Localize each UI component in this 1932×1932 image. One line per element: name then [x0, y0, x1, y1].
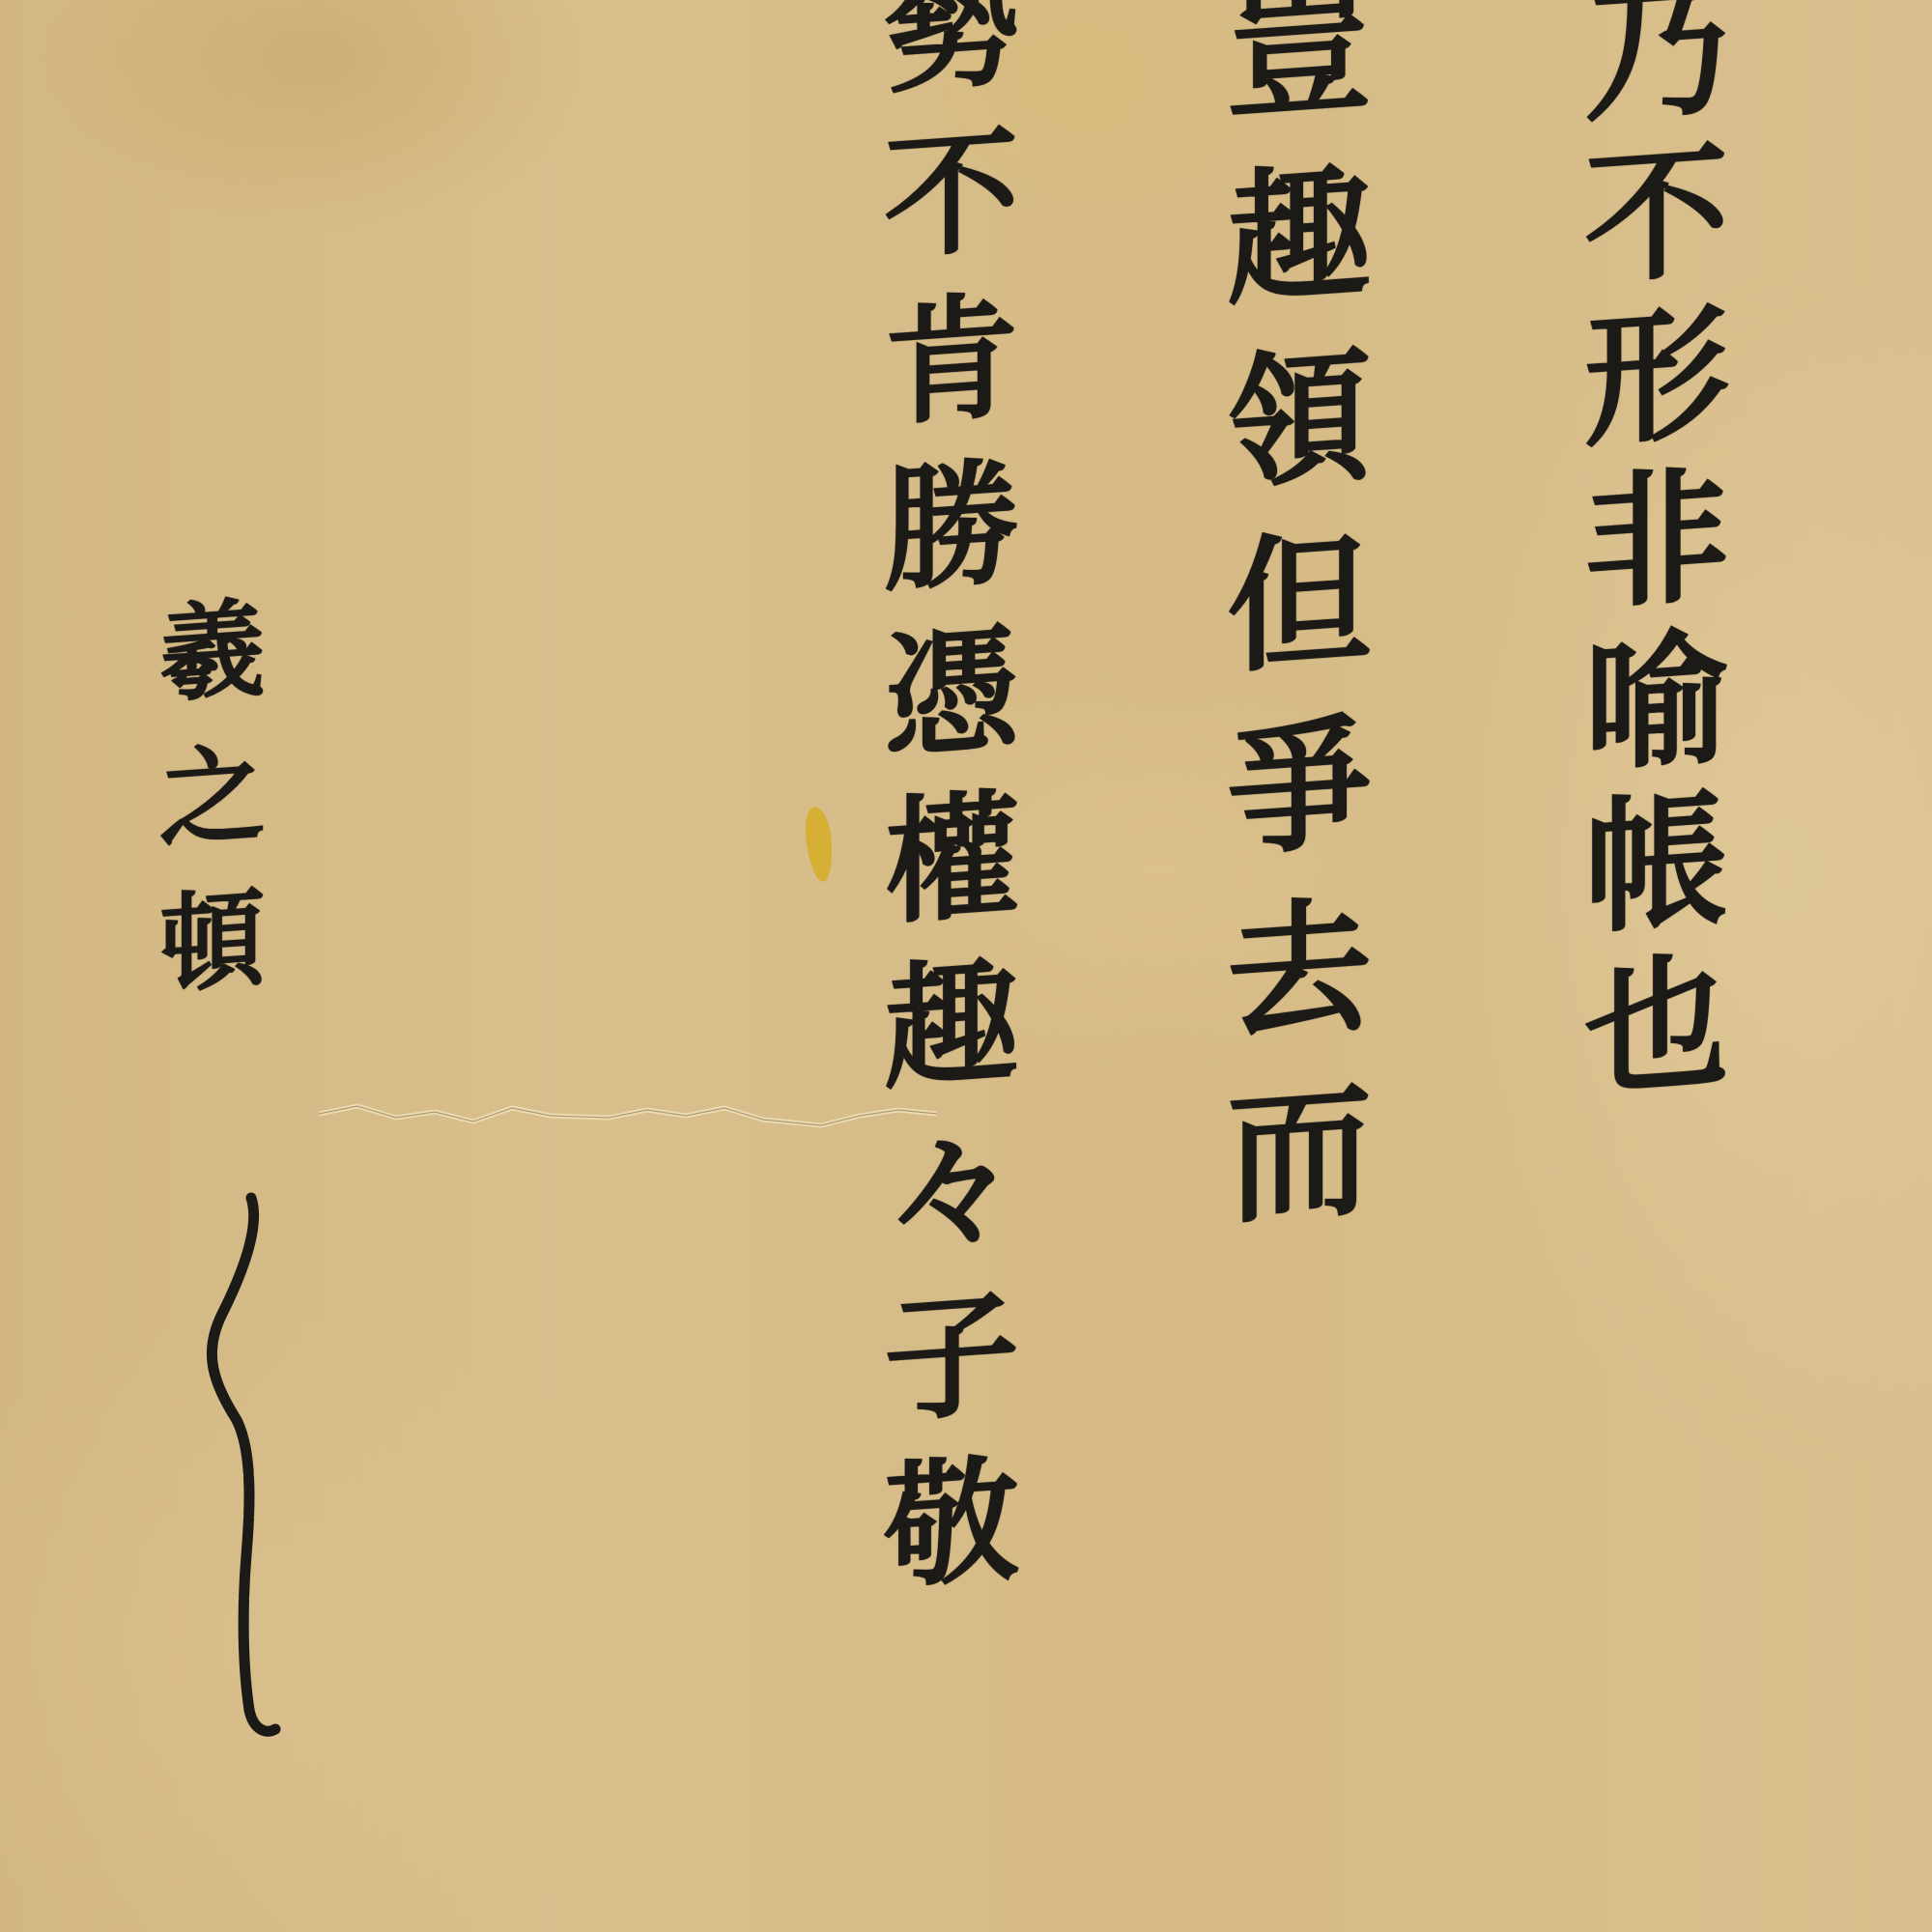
calligraphy-char: 々 [884, 1120, 1019, 1295]
signature-column: 羲 之 頓 [159, 599, 266, 1034]
calligraphy-char: 豈 [1227, 0, 1372, 169]
calligraphy-char: 而 [1227, 1077, 1372, 1270]
calligraphy-char: 乃 [1584, 0, 1729, 148]
yellow-stain [803, 806, 836, 883]
calligraphy-char: 權 [884, 787, 1019, 963]
signature-trailing-stroke [184, 1188, 290, 1748]
calligraphy-char: 敬 [884, 1452, 1019, 1628]
calligraphy-char: 勝 [884, 455, 1019, 631]
calligraphy-char: 趣 [884, 953, 1019, 1129]
aged-paper-background: 乃 不 形 非 喻 帳 也 豈 趣 領 但 爭 去 而 勢 不 肯 勝 憑 權 … [0, 0, 1932, 1932]
signature-char: 羲 [159, 595, 266, 748]
calligraphy-char: 非 [1584, 463, 1729, 635]
calligraphy-char: 帳 [1584, 787, 1729, 959]
signature-char: 之 [159, 740, 266, 893]
calligraphy-char: 憑 [884, 621, 1019, 797]
calligraphy-char: 領 [1227, 343, 1372, 536]
calligraphy-char: 去 [1227, 894, 1372, 1087]
calligraphy-char: 也 [1584, 950, 1729, 1122]
calligraphy-char: 喻 [1584, 625, 1729, 797]
signature-char: 頓 [159, 885, 266, 1037]
calligraphy-char: 子 [884, 1286, 1019, 1462]
calligraphy-char: 趣 [1227, 159, 1372, 353]
calligraphy-char: 爭 [1227, 710, 1372, 903]
text-column-2: 豈 趣 領 但 爭 去 而 [1227, 0, 1372, 1265]
text-column-1: 乃 不 形 非 喻 帳 也 [1584, 0, 1729, 1117]
paper-crack [319, 1096, 937, 1135]
calligraphy-char: 形 [1584, 300, 1729, 472]
calligraphy-char: 不 [884, 123, 1019, 298]
text-column-3: 勢 不 肯 勝 憑 權 趣 々 子 敬 [884, 0, 1019, 1623]
calligraphy-char: 肯 [884, 289, 1019, 465]
calligraphy-char: 不 [1584, 138, 1729, 310]
calligraphy-char: 但 [1227, 526, 1372, 720]
